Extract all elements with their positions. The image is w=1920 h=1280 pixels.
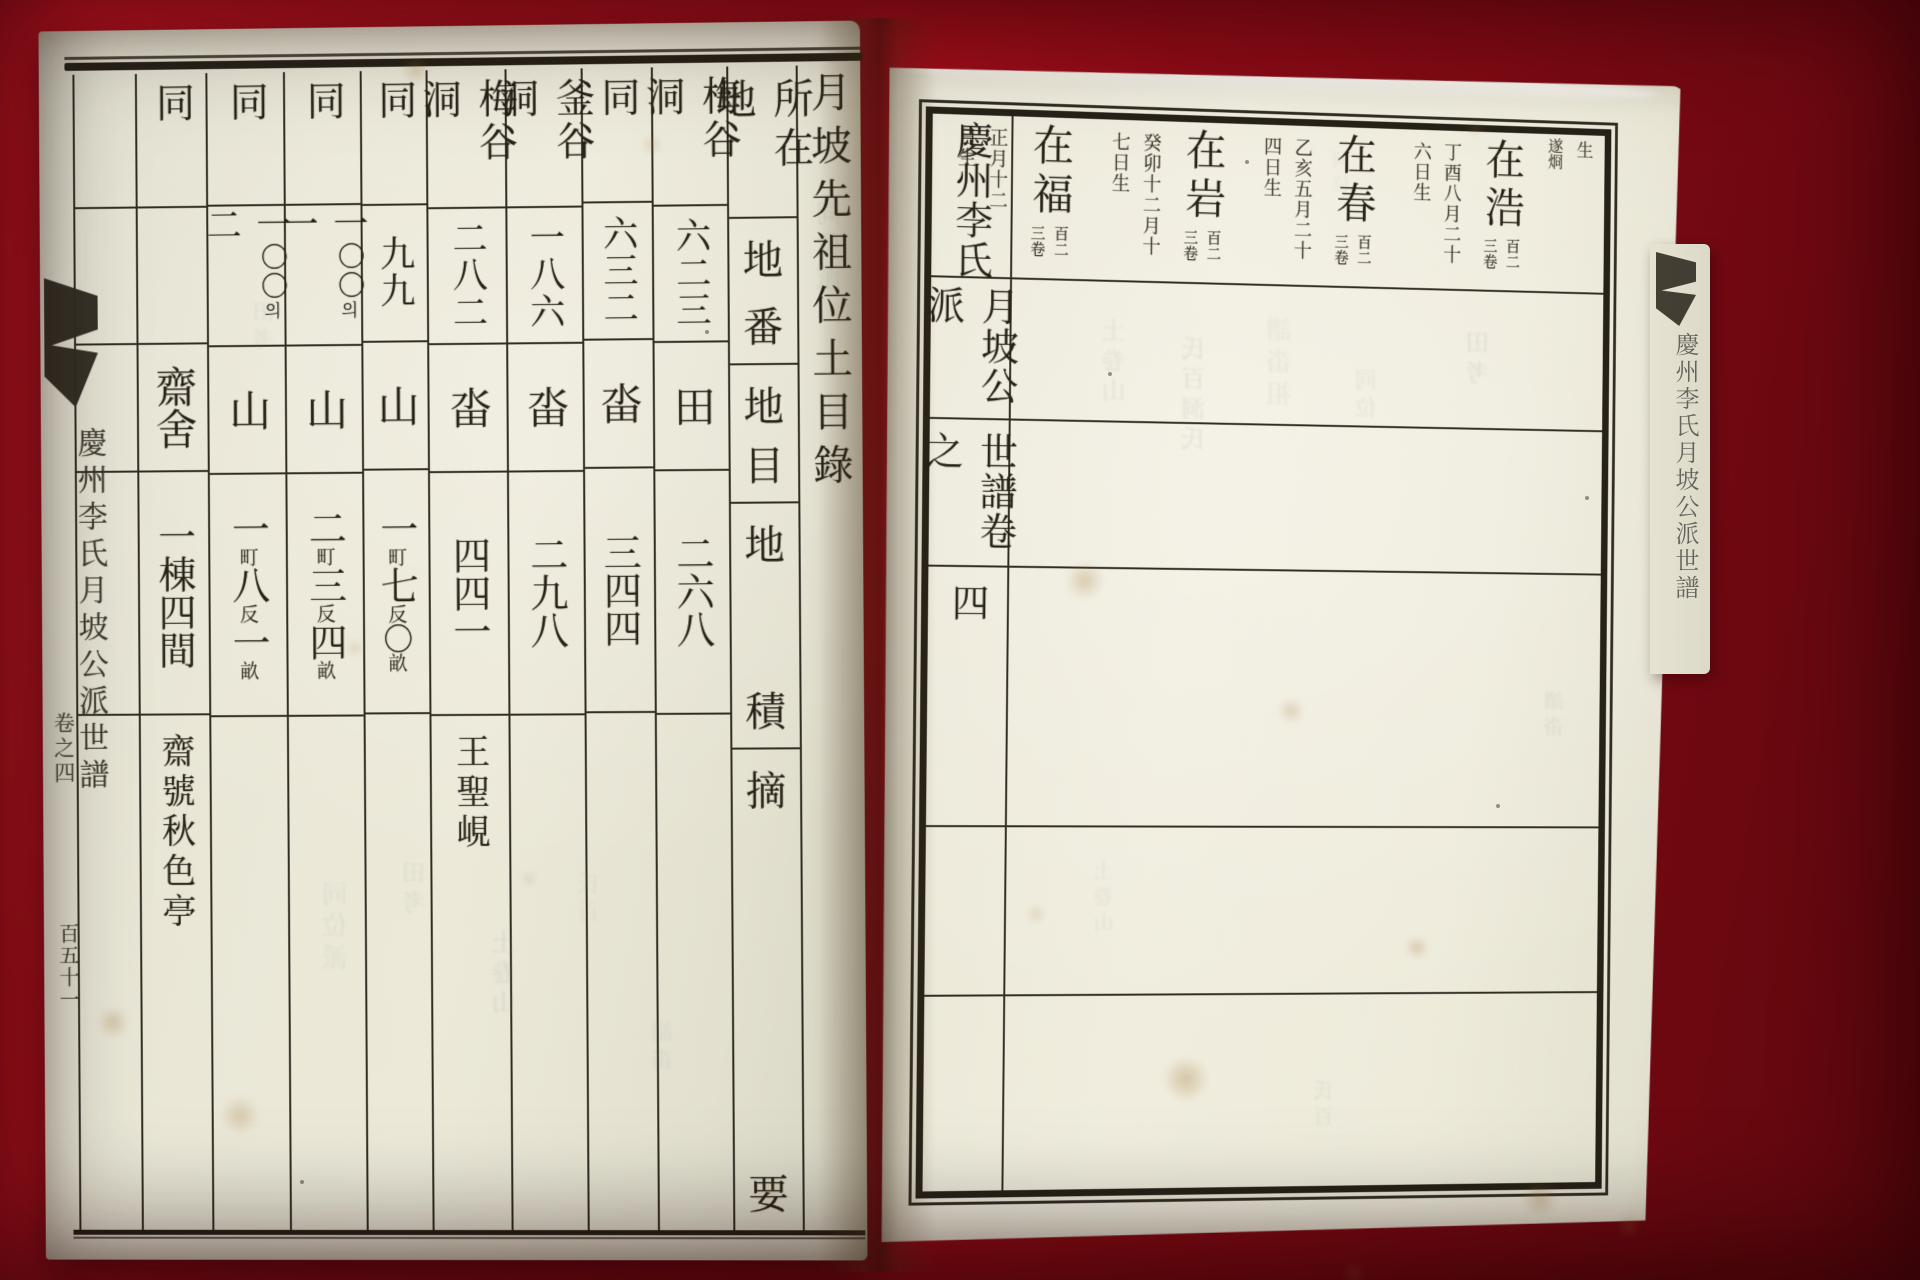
cell-land-category-text: 山 <box>217 389 277 431</box>
table-column: 同九九山一町七反〇畝 <box>361 70 434 1230</box>
table-bottom-border <box>73 1230 865 1241</box>
cell-land-category: 畓 <box>584 340 654 469</box>
person-entry: 在浩三卷百二 <box>1473 137 1531 270</box>
cell-remark <box>288 716 366 1230</box>
generation-band <box>924 825 1598 994</box>
fishtail-mark-icon <box>1656 252 1696 326</box>
cell-land-category: 畓 <box>429 345 507 473</box>
person-name: 在春 <box>1325 133 1383 231</box>
foxing-stain <box>1340 1262 1368 1280</box>
cell-remark <box>510 715 587 1230</box>
note-col: 三卷 <box>1027 225 1048 257</box>
land-record-table: 同齋舍一棟四間齋號秋色亭同一〇〇의二山一町八反一畝同一〇〇의一山二町三反四畝同九… <box>72 65 865 1231</box>
generation-band <box>926 565 1601 827</box>
cell-remark <box>657 714 733 1230</box>
cell-land-area-text: 四四一 <box>441 536 497 650</box>
cell-lot-number-text: 一〇〇의一 <box>273 205 373 345</box>
header-remarks: 摘要 <box>732 749 803 1230</box>
cell-remark <box>212 717 290 1230</box>
table-column: 釜谷洞一八六畓二九八 <box>506 68 589 1230</box>
volume-page-note: 三卷百二 <box>1324 234 1381 267</box>
genealogy-grid: 慶州李氏月坡公派世譜卷之四 生遂烱在浩三卷百二丁酉八月二十六日生在春三卷百二乙亥… <box>915 106 1611 1198</box>
cell-remark <box>78 715 142 1230</box>
cell-lot-number-text: 九九 <box>370 236 420 310</box>
generation-band <box>930 275 1604 430</box>
dust-speck <box>880 1250 884 1254</box>
cell-location-text: 同 <box>294 80 350 124</box>
cell-land-category: 山 <box>209 347 285 475</box>
title-band: 四 <box>926 577 1007 828</box>
cell-land-category: 山 <box>363 342 428 470</box>
cell-lot-number-text: 一八六 <box>519 219 570 331</box>
cell-land-area-text: 一町八反一畝 <box>220 509 276 680</box>
page-edge-highlight <box>901 55 1657 107</box>
cell-land-area-text: 二六八 <box>665 534 721 649</box>
header-column: 所在地地番地目地積摘要 <box>728 66 805 1231</box>
spine-volume: 卷之四 <box>49 712 79 787</box>
note-col: 三卷 <box>1480 238 1500 270</box>
right-page: 慶州李氏月坡公派世譜卷之四 生遂烱在浩三卷百二丁酉八月二十六日生在春三卷百二乙亥… <box>878 58 1685 1242</box>
cell-location: 同 <box>208 72 284 207</box>
cell-land-area: 二町三反四畝 <box>287 474 363 717</box>
cell-land-category: 田 <box>655 342 728 471</box>
generation-band <box>922 991 1597 1202</box>
birth-date-continuation: 六日生 <box>1409 141 1435 203</box>
cell-lot-number: 九九 <box>362 205 427 343</box>
cell-land-category-text: 山 <box>294 388 354 430</box>
title-band <box>924 828 1004 992</box>
header-text-bottom: 番 <box>743 296 784 354</box>
cell-land-area-text: 一町七反〇畝 <box>369 510 425 673</box>
birth-date-continuation: 四日生 <box>1259 136 1286 199</box>
cell-location-text: 同 <box>217 81 273 125</box>
next-leaf-edge: 慶州李氏月坡公派世譜 <box>1650 244 1710 674</box>
volume-page-note: 三卷百二 <box>1473 238 1530 271</box>
catalog-title-column: 月坡先祖位土目錄 <box>798 65 866 1231</box>
cell-location-text: 同 <box>144 82 200 126</box>
cell-lot-number <box>75 208 137 345</box>
birth-date: 丁酉八月二十 <box>1438 142 1465 266</box>
header-text-bottom: 積 <box>745 680 786 737</box>
note-col: 三卷 <box>1331 234 1351 266</box>
table-column <box>74 74 144 1230</box>
cell-lot-number: 六三二 <box>583 202 653 340</box>
person-entry: 在福三卷百二 <box>1020 123 1080 259</box>
birth-date: 正月十二 <box>984 127 1011 211</box>
cell-remark <box>586 713 658 1231</box>
cell-land-category: 齋舍 <box>139 344 208 472</box>
cell-land-area: 三四四 <box>585 468 656 713</box>
cell-land-category-text: 畓 <box>438 386 498 429</box>
cell-lot-number-text: 六二三 <box>665 217 716 329</box>
header-land-area: 地積 <box>730 503 799 749</box>
volume-page-note: 三卷百二 <box>1173 229 1231 262</box>
cell-land-category-text: 山 <box>365 384 425 427</box>
header-text-top: 地 <box>744 513 785 570</box>
cell-lot-number: 六二三 <box>654 206 727 344</box>
note-col: 百二 <box>1204 230 1225 262</box>
page-number-text: 百五十一 <box>56 923 80 1011</box>
title-band <box>922 991 1003 1191</box>
cell-land-area: 四四一 <box>430 472 508 716</box>
cell-remark <box>365 714 432 1230</box>
person-entry: 在岩三卷百二 <box>1173 128 1232 263</box>
cell-land-area: 二六八 <box>656 470 730 714</box>
table-column: 梅谷洞二八二畓四四一王聖峴 <box>428 69 514 1230</box>
catalog-title-text: 月坡先祖位土目錄 <box>799 71 864 1230</box>
cell-land-category-text: 田 <box>661 384 722 427</box>
cell-land-area-text: 三四四 <box>592 532 648 647</box>
note-col: 百二 <box>1503 239 1523 271</box>
cell-land-category-text: 齋舍 <box>143 365 203 449</box>
cell-remark: 齋號秋色亭 <box>141 715 212 1230</box>
person-name: 在浩 <box>1474 137 1531 234</box>
cell-land-category-text: 畓 <box>515 386 575 429</box>
cell-land-category-text: 畓 <box>589 382 649 425</box>
note-col: 百二 <box>1354 234 1374 266</box>
title-band: 月坡公派 <box>930 279 1010 427</box>
title-band-text: 世譜卷之 <box>913 431 1023 578</box>
cell-location: 同 <box>284 71 360 206</box>
cell-remark-text: 齋號秋色亭 <box>151 733 201 933</box>
title-band-text: 四 <box>940 583 995 623</box>
header-text-top: 地 <box>743 228 784 286</box>
genealogy-frame: 慶州李氏月坡公派世譜卷之四 生遂烱在浩三卷百二丁酉八月二十六日生在春三卷百二乙亥… <box>908 99 1617 1206</box>
title-band: 世譜卷之 <box>928 425 1008 577</box>
cell-land-area <box>77 472 139 715</box>
note-col: 三卷 <box>1180 229 1201 261</box>
volume-page-note: 三卷百二 <box>1020 225 1079 258</box>
table-column: 同一〇〇의一山二町三反四畝 <box>284 71 368 1230</box>
table-column: 梅谷洞六二三田二六八 <box>653 66 735 1230</box>
cell-land-area-text: 二九八 <box>519 535 575 649</box>
name-entries-band: 生遂烱在浩三卷百二丁酉八月二十六日生在春三卷百二乙亥五月二十四日生在岩三卷百二癸… <box>1022 119 1598 300</box>
cell-land-category: 山 <box>286 346 362 474</box>
partial-name: 遂烱 <box>1544 138 1566 170</box>
partial-char: 生 <box>1571 141 1595 159</box>
cell-land-area: 一棟四間 <box>140 472 210 716</box>
birth-date-continuation: 七日生 <box>1107 131 1134 194</box>
cell-land-area-text: 二町三反四畝 <box>297 509 353 680</box>
photo-genealogy-book-on-red-felt: 慶州李氏月坡公派世譜 卷之四 百五十一 同齋舍一棟四間齋號秋色亭同一〇〇의二山一… <box>0 0 1920 1280</box>
person-name: 在岩 <box>1174 128 1233 226</box>
cell-location: 同 <box>137 73 206 208</box>
header-location: 所在地 <box>728 66 797 219</box>
cell-remark: 王聖峴 <box>432 715 512 1230</box>
cell-land-category <box>76 345 138 473</box>
person-entry: 在春三卷百二 <box>1324 133 1382 267</box>
note-col: 百二 <box>1051 226 1072 258</box>
cell-location: 釜谷洞 <box>506 68 581 208</box>
cell-land-area: 一町七反〇畝 <box>364 470 430 714</box>
header-text-bottom: 目 <box>744 434 785 492</box>
cell-land-category: 畓 <box>508 344 583 472</box>
cell-land-area: 二九八 <box>509 472 584 716</box>
title-band-text: 月坡公派 <box>915 285 1025 427</box>
cell-land-area: 一町八反一畝 <box>210 474 286 717</box>
next-leaf-spine-title: 慶州李氏月坡公派世譜 <box>1668 332 1703 602</box>
header-lot-number: 地番 <box>729 218 798 366</box>
cell-lot-number-text: 六三二 <box>593 215 644 327</box>
person-name: 在福 <box>1020 123 1080 222</box>
header-text-bottom: 要 <box>748 1163 789 1220</box>
header-land-category: 地目 <box>730 365 799 504</box>
volume-title-column: 慶州李氏月坡公派世譜卷之四 <box>922 114 1013 1192</box>
cell-lot-number: 一〇〇의一 <box>285 205 361 347</box>
cell-lot-number: 二八二 <box>429 208 507 345</box>
catalog-title: 月坡先祖位土目錄 <box>798 65 866 1231</box>
birth-date: 癸卯十二月十 <box>1137 132 1164 257</box>
generation-band <box>928 417 1602 574</box>
table-column: 同六三二畓三四四 <box>582 67 660 1230</box>
birth-date-continuation: 日生 <box>953 126 980 169</box>
cell-land-area-text: 一棟四間 <box>147 517 203 669</box>
cell-location <box>74 74 136 209</box>
cell-lot-number-text: 二八二 <box>442 220 493 332</box>
header-text-top: 摘 <box>746 759 787 816</box>
header-text-top: 地 <box>743 375 784 433</box>
left-page: 慶州李氏月坡公派世譜 卷之四 百五十一 同齋舍一棟四間齋號秋色亭同一〇〇의二山一… <box>38 21 867 1261</box>
cell-remark-text: 王聖峴 <box>446 733 496 853</box>
birth-date: 乙亥五月二十 <box>1289 137 1316 261</box>
cell-lot-number: 一八六 <box>507 207 582 344</box>
